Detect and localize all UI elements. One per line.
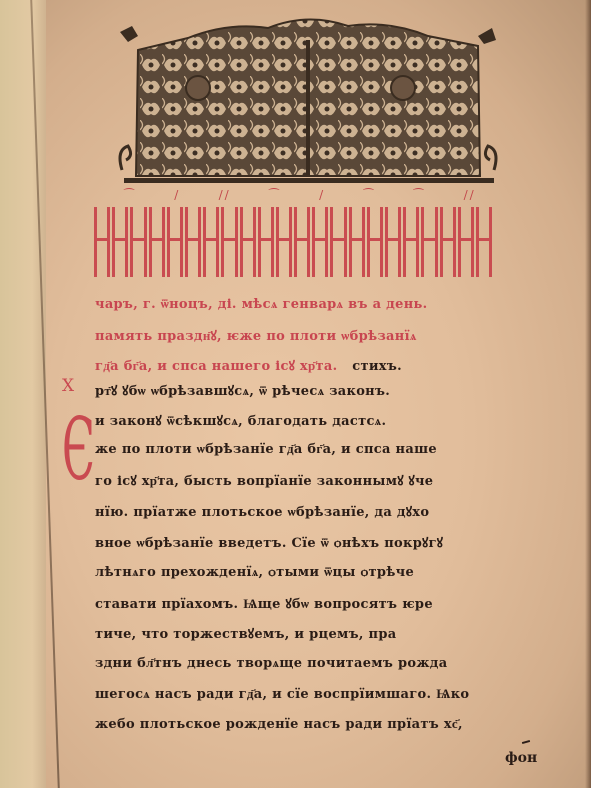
- stichera-label: стихъ.: [352, 359, 402, 374]
- rubric-line: чаръ, г. ѿноцъ, ді. мѣсѧ генварѧ въ а де…: [95, 296, 505, 312]
- book-page: ⁀///⁀/⁀⁀// МѢСЯЦА ІАННУАРІЯ ВЪ А ДЕНЬ ча…: [0, 0, 591, 788]
- body-line: ставати прїахомъ. Ѩще ꙋбѡ вопросятъ ѥре: [95, 594, 505, 612]
- body-line: нїю. прїатже плотьское ѡбрѣзанїе, да дꙋх…: [95, 502, 505, 520]
- rubric-line-with-label: гд҃а бг҃а, и спса нашего ісꙋ хр҃та. стих…: [95, 356, 505, 374]
- title-diacritics: ⁀///⁀/⁀⁀//: [105, 188, 495, 206]
- body-line: тиче, что торжествꙋемъ, и рцемъ, пра: [95, 624, 505, 642]
- body-line: жебо плотьское рожденїе насъ ради прїатъ…: [95, 716, 505, 732]
- page-edge-shadow: [585, 0, 591, 788]
- body-line: и законꙋ ѿсѣкшꙋсѧ, благодать дастсѧ.: [95, 411, 505, 429]
- ornamental-headpiece: [118, 10, 498, 186]
- margin-mark: Х: [62, 376, 74, 396]
- folio-titlo: [522, 740, 530, 744]
- body-line: здни бл҃тнъ днесь творѧще почитаемъ рожд…: [95, 655, 505, 671]
- rubric-text: гд҃а бг҃а, и спса нашего ісꙋ хр҃та.: [95, 359, 337, 374]
- body-line: вное ѡбрѣзанїе введетъ. Сїе ѿ ѻнѣхъ покр…: [95, 533, 505, 551]
- rubric-line: память праздн҃ꙋ, ѥже по плоти ѡбрѣзанїѧ: [95, 326, 505, 344]
- facing-page-edge: [0, 0, 46, 788]
- page-title: МѢСЯЦА ІАННУАРІЯ ВЪ А ДЕНЬ: [93, 207, 493, 277]
- body-line: лѣтнѧго прехожденїѧ, ѻтыми ѿцы ѻтрѣче: [95, 564, 505, 580]
- body-line: рт҃ꙋ ꙋбѡ ѡбрѣзавшꙋсѧ, ѿ рѣчесѧ законъ.: [95, 381, 505, 399]
- body-line: же по плоти ѡбрѣзанїе гд҃а бг҃а, и спса …: [95, 441, 505, 457]
- drop-cap-initial: Є: [62, 400, 80, 500]
- body-line: го ісꙋ хр҃та, бысть вопрїанїе законнымꙋ …: [95, 471, 505, 489]
- body-line: шегосѧ насъ ради гд҃а, и сїе воспрїимшаг…: [95, 686, 505, 702]
- folio-signature: фон: [505, 750, 537, 766]
